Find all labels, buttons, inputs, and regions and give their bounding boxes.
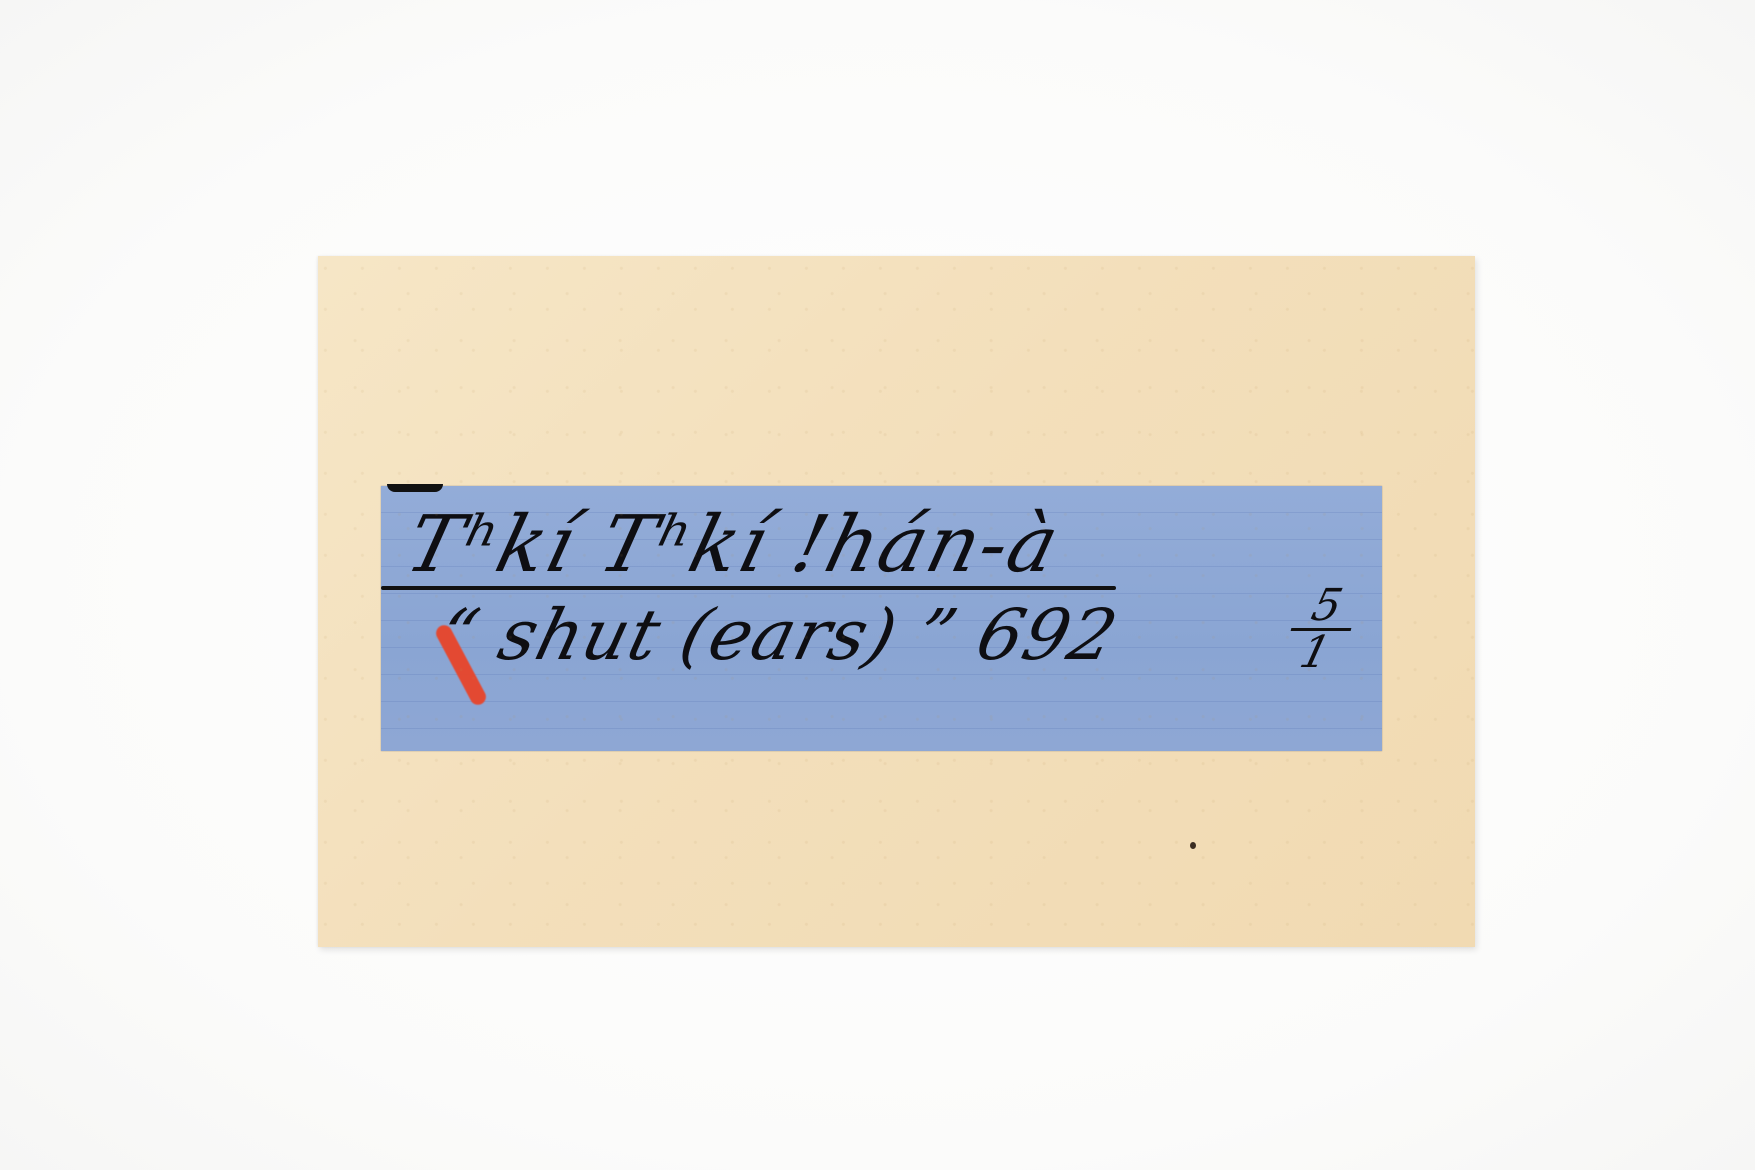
ink-fragment-top-edge: [387, 484, 443, 492]
fraction-denominator: 1: [1280, 633, 1350, 673]
fraction-numerator: 5: [1292, 586, 1362, 626]
handwritten-word: Tʰkí Tʰkí !hán-à: [398, 500, 1069, 590]
cream-specimen-card: Tʰkí Tʰkí !hán-à “ shut (ears) ” 692 5 1: [318, 256, 1475, 947]
reference-fraction: 5 1: [1280, 586, 1362, 673]
ink-underline: [381, 586, 1116, 590]
reference-number: 692: [969, 594, 1126, 676]
translation-text: “ shut (ears) ”: [431, 594, 966, 676]
ink-speck: [1190, 842, 1196, 849]
blue-paper-strip: Tʰkí Tʰkí !hán-à “ shut (ears) ” 692 5 1: [381, 486, 1382, 751]
handwritten-translation: “ shut (ears) ” 692: [431, 594, 1126, 676]
